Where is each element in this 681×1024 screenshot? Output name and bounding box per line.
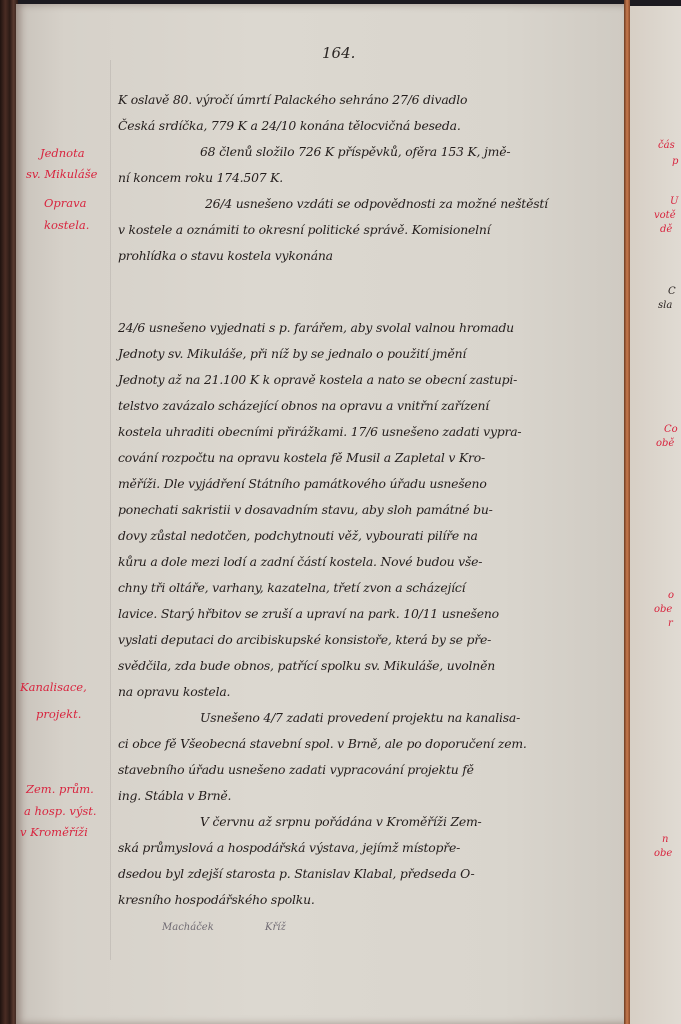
handwritten-line: měříži. Dle vyjádření Státního památkové…	[118, 476, 487, 491]
handwritten-line: lavice. Starý hřbitov se zruší a upraví …	[118, 606, 499, 621]
handwritten-line: prohlídka o stavu kostela vykonána	[118, 248, 333, 263]
next-page-red-note: čás	[658, 140, 675, 151]
next-page-red-note: obe	[654, 604, 672, 615]
handwritten-line: kostela uhraditi obecními přirážkami. 17…	[118, 424, 521, 439]
signature: Macháček	[162, 922, 214, 933]
margin-note: projekt.	[36, 707, 81, 721]
margin-note: v Kroměříži	[20, 825, 88, 839]
handwritten-line: Usnešeno 4/7 zadati provedení projektu n…	[200, 710, 520, 725]
next-page-black-note: C	[668, 286, 676, 297]
handwritten-line: kresního hospodářského spolku.	[118, 892, 315, 907]
next-page-red-note: n	[662, 834, 668, 845]
handwritten-line: 26/4 usnešeno vzdáti se odpovědnosti za …	[205, 196, 548, 211]
margin-note: sv. Mikuláše	[26, 167, 97, 181]
handwritten-line: dsedou byl zdejší starosta p. Stanislav …	[118, 866, 475, 881]
margin-note: kostela.	[44, 218, 89, 232]
next-page-red-note: r	[668, 618, 673, 629]
next-page-red-note: o	[668, 590, 674, 601]
margin-rule	[110, 60, 111, 960]
next-page-red-note: U	[670, 196, 678, 207]
next-page-red-note: obě	[656, 438, 674, 449]
handwritten-line: V červnu až srpnu pořádána v Kroměříži Z…	[200, 814, 482, 829]
handwritten-line: Česká srdíčka, 779 K a 24/10 konána tělo…	[118, 118, 461, 133]
handwritten-line: kůru a dole mezi lodí a zadní částí kost…	[118, 554, 482, 569]
handwritten-line: svědčila, zda bude obnos, patřící spolku…	[118, 658, 495, 673]
handwritten-line: ci obce fě Všeobecná stavební spol. v Br…	[118, 736, 527, 751]
handwritten-line: ing. Stábla v Brně.	[118, 788, 231, 803]
next-page-black-note: sla	[658, 300, 672, 311]
handwritten-line: ponechati sakristii v dosavadním stavu, …	[118, 502, 493, 517]
handwritten-line: cování rozpočtu na opravu kostela fě Mus…	[118, 450, 485, 465]
handwritten-line: chny tři oltáře, varhany, kazatelna, tře…	[118, 580, 465, 595]
margin-note: Kanalisace,	[20, 680, 87, 694]
handwritten-line: na opravu kostela.	[118, 684, 230, 699]
handwritten-line: telstvo zavázalo scházející obnos na opr…	[118, 398, 489, 413]
next-page-red-note: votě	[654, 210, 676, 221]
handwritten-line: 68 členů složilo 726 K příspěvků, ofěra …	[200, 144, 510, 159]
handwritten-line: v kostele a oznámiti to okresní politick…	[118, 222, 490, 237]
margin-note: a hosp. výst.	[24, 804, 97, 818]
next-page-red-note: dě	[660, 224, 672, 235]
next-page-red-note: p	[672, 156, 678, 167]
handwritten-line: ská průmyslová a hospodářská výstava, je…	[118, 840, 460, 855]
next-page-red-note: Co	[664, 424, 678, 435]
margin-note: Zem. prům.	[26, 782, 94, 796]
handwritten-line: ní koncem roku 174.507 K.	[118, 170, 283, 185]
page-number: 164.	[322, 44, 355, 62]
signature: Kříž	[265, 922, 286, 933]
handwritten-line: Jednoty až na 21.100 K k opravě kostela …	[118, 372, 517, 387]
handwritten-line: stavebního úřadu usnešeno zadati vypraco…	[118, 762, 474, 777]
handwritten-line: K oslavě 80. výročí úmrtí Palackého sehr…	[118, 92, 467, 107]
next-page-red-note: obe	[654, 848, 672, 859]
handwritten-line: dovy zůstal nedotčen, podchytnouti věž, …	[118, 528, 478, 543]
margin-note: Jednota	[40, 146, 85, 160]
handwritten-line: 24/6 usnešeno vyjednati s p. farářem, ab…	[118, 320, 514, 335]
handwritten-line: Jednoty sv. Mikuláše, při níž by se jedn…	[118, 346, 466, 361]
margin-note: Oprava	[44, 196, 87, 210]
handwritten-line: vyslati deputaci do arcibiskupské konsis…	[118, 632, 491, 647]
